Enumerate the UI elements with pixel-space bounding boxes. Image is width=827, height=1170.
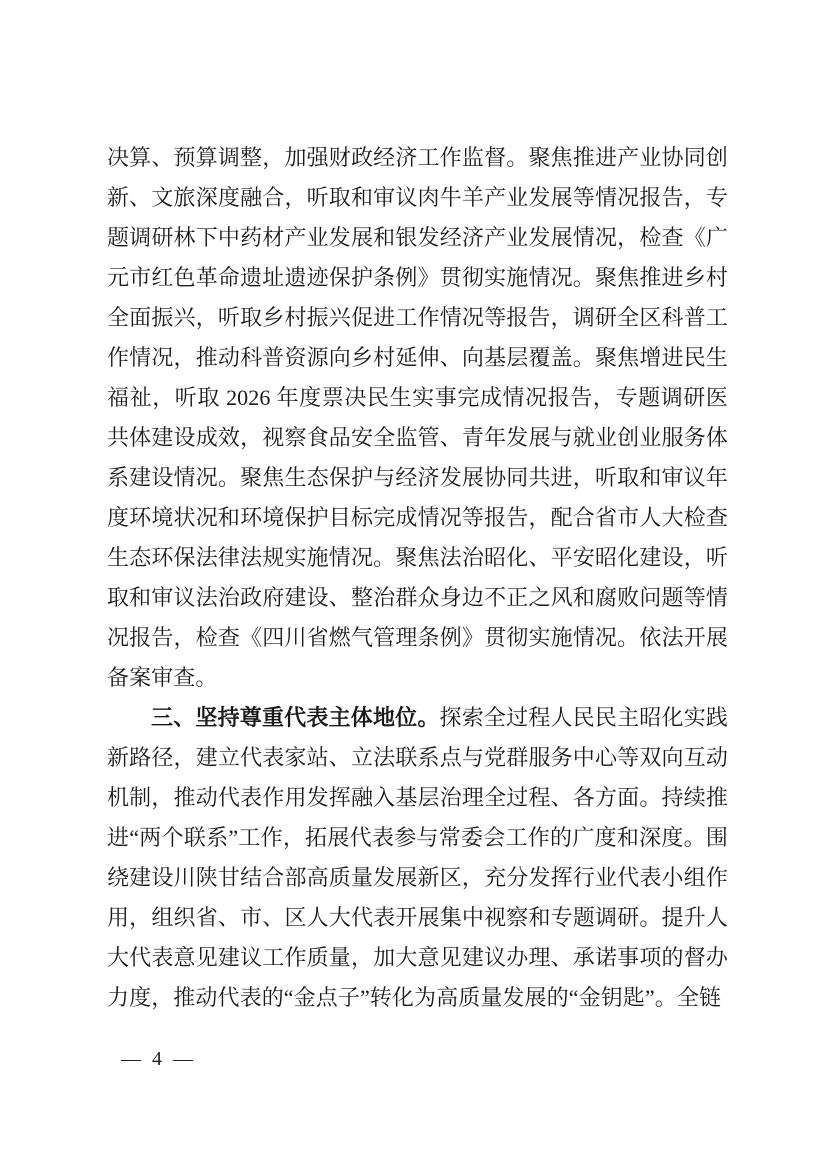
section-heading: 三、坚持尊重代表主体地位。 bbox=[151, 705, 440, 730]
paragraph-text: 探索全过程人民民主昭化实践新路径，建立代表家站、立法联系点与党群服务中心等双向互… bbox=[107, 705, 728, 1010]
document-body: 决算、预算调整，加强财政经济工作监督。聚焦推进产业协同创新、文旅深度融合，听取和… bbox=[107, 138, 728, 1018]
page-number: — 4 — bbox=[121, 1046, 196, 1072]
paragraph-section-3: 三、坚持尊重代表主体地位。探索全过程人民民主昭化实践新路径，建立代表家站、立法联… bbox=[107, 698, 728, 1018]
document-page: 决算、预算调整，加强财政经济工作监督。聚焦推进产业协同创新、文旅深度融合，听取和… bbox=[0, 0, 827, 1170]
paragraph-continuation: 决算、预算调整，加强财政经济工作监督。聚焦推进产业协同创新、文旅深度融合，听取和… bbox=[107, 138, 728, 698]
paragraph-text: 决算、预算调整，加强财政经济工作监督。聚焦推进产业协同创新、文旅深度融合，听取和… bbox=[107, 145, 728, 690]
